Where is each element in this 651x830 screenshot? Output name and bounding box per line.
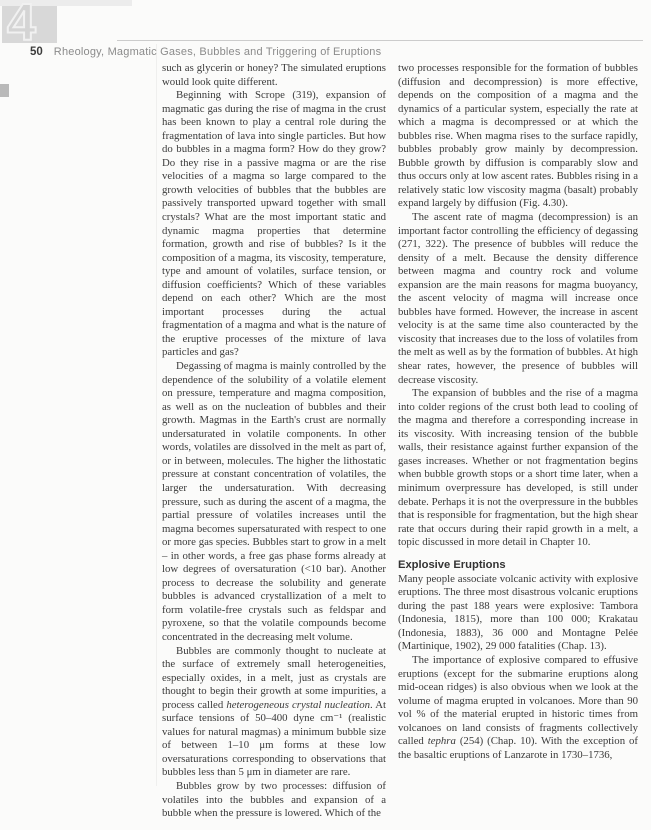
chapter-number-tab: 4: [2, 6, 57, 43]
body-text: Beginning with Scrope (319), expansion o…: [162, 89, 386, 358]
running-header-title: Rheology, Magmatic Gases, Bubbles and Tr…: [54, 46, 382, 58]
italic-text: heterogeneous crystal nucleation: [226, 699, 370, 711]
book-page: 4 50Rheology, Magmatic Gases, Bubbles an…: [0, 0, 651, 830]
paragraph: Degassing of magma is mainly controlled …: [162, 360, 386, 644]
body-text: Many people associate volcanic activity …: [398, 573, 638, 653]
body-text: two processes responsible for the format…: [398, 62, 638, 209]
body-text: Bubbles grow by two processes: diffusion…: [162, 780, 386, 819]
italic-text: tephra: [428, 735, 456, 747]
body-text: The ascent rate of magma (decompression)…: [398, 211, 638, 386]
page-edge-mark: [0, 84, 9, 97]
body-text: such as glycerin or honey? The simulated…: [162, 62, 386, 88]
paragraph: Bubbles are commonly thought to nucleate…: [162, 645, 386, 780]
body-text: The expansion of bubbles and the rise of…: [398, 387, 638, 548]
body-text: Degassing of magma is mainly controlled …: [162, 360, 386, 643]
paragraph: such as glycerin or honey? The simulated…: [162, 62, 386, 89]
paragraph: two processes responsible for the format…: [398, 62, 638, 211]
page-number: 50: [30, 46, 43, 58]
paragraph: Bubbles grow by two processes: diffusion…: [162, 780, 386, 821]
paragraph: Many people associate volcanic activity …: [398, 573, 638, 654]
running-header: 50Rheology, Magmatic Gases, Bubbles and …: [30, 42, 381, 60]
paragraph: The expansion of bubbles and the rise of…: [398, 387, 638, 550]
two-column-text-block: such as glycerin or honey? The simulated…: [162, 62, 638, 821]
paragraph: The importance of explosive compared to …: [398, 654, 638, 762]
body-text: The importance of explosive compared to …: [398, 654, 638, 747]
left-text-column: such as glycerin or honey? The simulated…: [162, 62, 386, 821]
right-text-column: two processes responsible for the format…: [398, 62, 638, 821]
header-rule: [117, 40, 643, 41]
paragraph: Beginning with Scrope (319), expansion o…: [162, 89, 386, 360]
scan-crease-line: [156, 44, 157, 786]
section-heading: Explosive Eruptions: [398, 559, 638, 571]
paragraph: The ascent rate of magma (decompression)…: [398, 211, 638, 387]
